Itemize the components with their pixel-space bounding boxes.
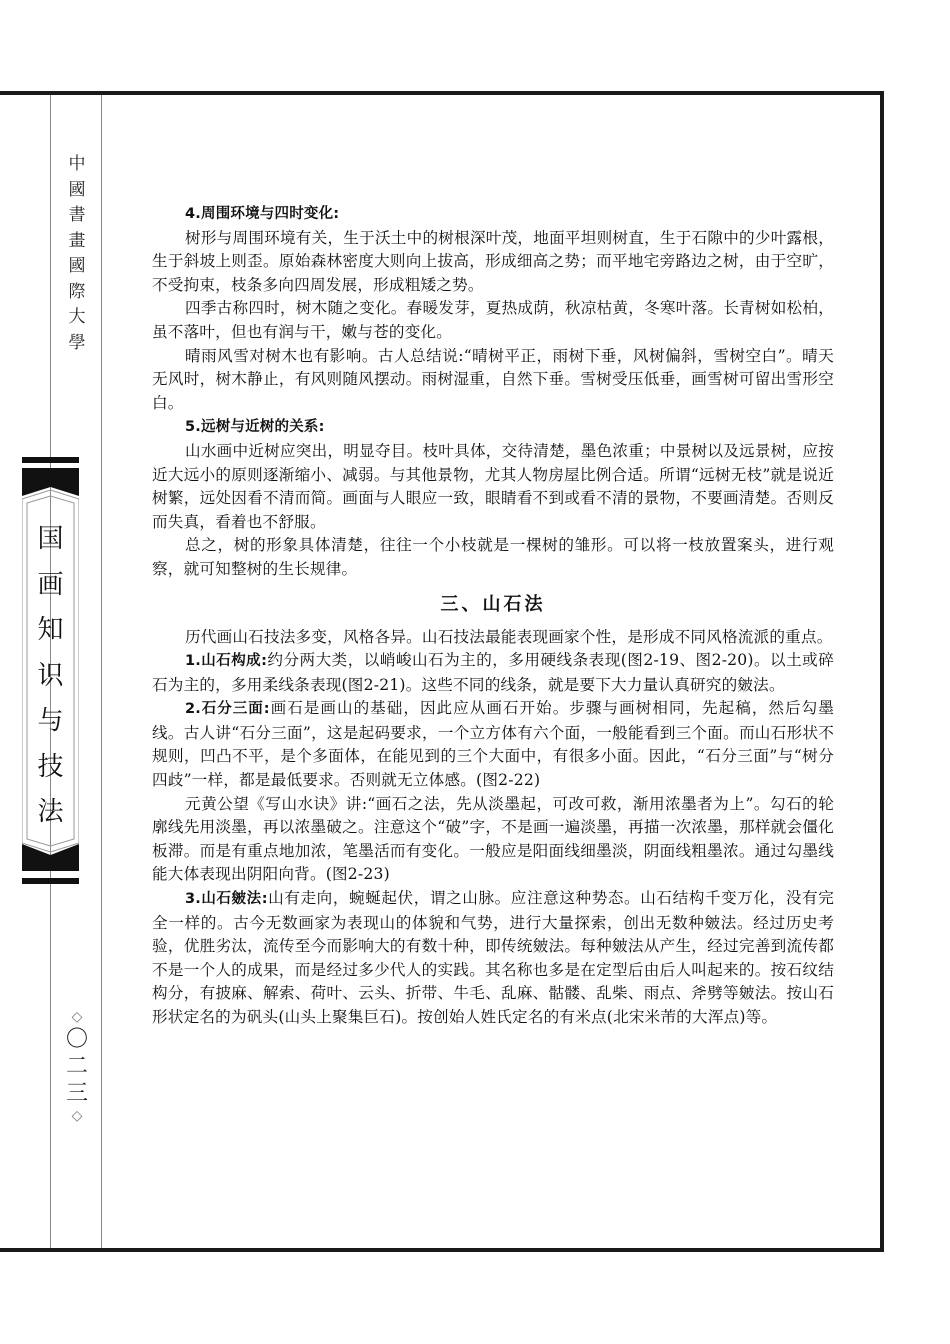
page-body: 4.周围环境与四时变化: 树形与周围环境有关，生于沃土中的树根深叶茂，地面平坦则… bbox=[152, 202, 834, 1030]
school-name-char: 學 bbox=[69, 331, 86, 357]
school-name-char: 國 bbox=[69, 254, 86, 280]
item-paragraph: 1.山石构成:约分两大类，以峭峻山石为主的，多用硬线条表现(图2-19、图2-2… bbox=[152, 649, 834, 697]
section-heading: 5.远树与近树的关系: bbox=[152, 415, 834, 440]
diamond-ornament-icon: ◇ bbox=[72, 1008, 83, 1026]
item-text: 元黄公望《写山水诀》讲:“画石之法，先从淡墨起，可改可救，渐用浓墨者为上”。勾石… bbox=[152, 795, 834, 884]
page-number-digit: 三 bbox=[66, 1080, 88, 1107]
paragraph: 树形与周围环境有关，生于沃土中的树根深叶茂，地面平坦则树直，生于石隙中的少叶露根… bbox=[152, 227, 834, 298]
page-number-digit: 〇 bbox=[66, 1026, 88, 1053]
school-name-char: 書 bbox=[69, 203, 86, 229]
item-paragraph: 2.石分三面:画石是画山的基础，因此应从画石开始。步骤与画树相同，先起稿，然后勾… bbox=[152, 697, 834, 792]
page-number-digit: 二 bbox=[66, 1053, 88, 1080]
banner-title-char: 识 bbox=[37, 654, 63, 700]
banner-title-vertical: 国 画 知 识 与 技 法 bbox=[22, 517, 79, 836]
page-number: ◇ 〇 二 三 ◇ bbox=[62, 1008, 92, 1125]
school-name-char: 國 bbox=[69, 178, 86, 204]
page-frame-right-border bbox=[880, 91, 884, 1252]
item-lead: 2.石分三面: bbox=[185, 701, 270, 717]
paragraph: 四季古称四时，树木随之变化。春暖发芽，夏热成荫，秋凉枯黄，冬寒叶落。长青树如松柏… bbox=[152, 297, 834, 344]
paragraph: 山水画中近树应突出，明显夺目。枝叶具体，交待清楚，墨色浓重；中景树以及远景树，应… bbox=[152, 440, 834, 534]
school-name-char: 畫 bbox=[69, 229, 86, 255]
banner-title-char: 国 bbox=[37, 517, 63, 563]
section-heading: 4.周围环境与四时变化: bbox=[152, 202, 834, 227]
school-name-char: 際 bbox=[69, 280, 86, 306]
paragraph: 总之，树的形象具体清楚，往往一个小枝就是一棵树的雏形。可以将一枝放置案头，进行观… bbox=[152, 534, 834, 581]
banner-title-char: 技 bbox=[37, 745, 63, 791]
intro-paragraph: 历代画山石技法多变，风格各异。山石技法最能表现画家个性，是形成不同风格流派的重点… bbox=[152, 626, 834, 650]
sidebar-rule-right bbox=[101, 95, 102, 1248]
banner-title-char: 法 bbox=[37, 790, 63, 836]
banner-title-char: 画 bbox=[37, 563, 63, 609]
item-text: 山有走向，蜿蜒起伏，谓之山脉。应注意这种势态。山石结构千变万化，没有完全一样的。… bbox=[152, 889, 834, 1026]
school-name-char: 中 bbox=[69, 152, 86, 178]
page-frame-bottom-border bbox=[0, 1248, 884, 1252]
diamond-ornament-icon: ◇ bbox=[72, 1107, 83, 1125]
item-paragraph: 3.山石皴法:山有走向，蜿蜒起伏，谓之山脉。应注意这种势态。山石结构千变万化，没… bbox=[152, 887, 834, 1030]
school-name-char: 大 bbox=[69, 305, 86, 331]
item-lead: 1.山石构成: bbox=[185, 653, 267, 669]
book-title-banner: 国 画 知 识 与 技 法 bbox=[22, 457, 79, 885]
banner-title-char: 知 bbox=[37, 608, 63, 654]
banner-title-char: 与 bbox=[37, 699, 63, 745]
paragraph: 晴雨风雪对树木也有影响。古人总结说:“晴树平正，雨树下垂，风树偏斜，雪树空白”。… bbox=[152, 345, 834, 416]
item-lead: 3.山石皴法: bbox=[185, 891, 268, 907]
school-name-vertical: 中 國 書 畫 國 際 大 學 bbox=[62, 152, 92, 356]
chapter-heading: 三、山石法 bbox=[152, 590, 834, 620]
item-paragraph: 元黄公望《写山水诀》讲:“画石之法，先从淡墨起，可改可救，渐用浓墨者为上”。勾石… bbox=[152, 793, 834, 887]
page-frame-top-border bbox=[0, 91, 884, 95]
